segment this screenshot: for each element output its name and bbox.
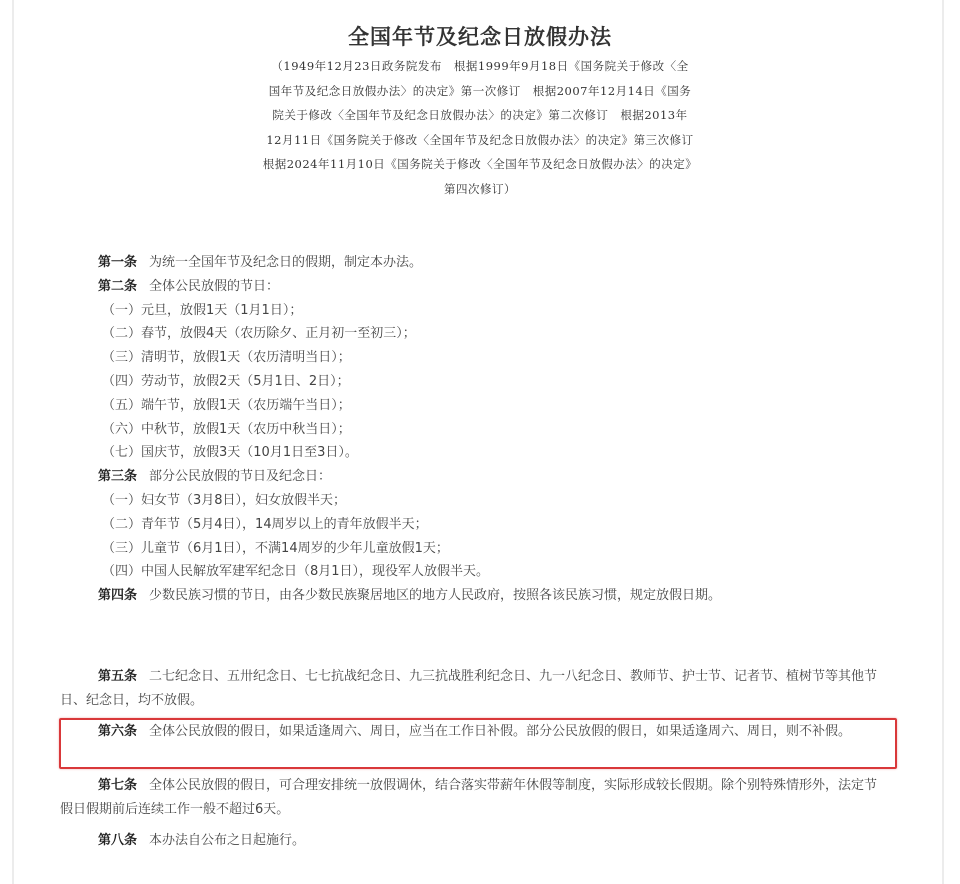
article-text: 二七纪念日、五卅纪念日、七七抗战纪念日、九三抗战胜利纪念日、九一八纪念日、教师节…: [60, 669, 877, 708]
article-label: 第五条: [98, 669, 137, 684]
document-body: 第一条为统一全国年节及纪念日的假期，制定本办法。 第二条全体公民放假的节日： （…: [70, 251, 890, 608]
article-8-paragraph: 第八条本办法自公布之日起施行。: [60, 829, 890, 853]
article-1: 第一条为统一全国年节及纪念日的假期，制定本办法。: [70, 251, 890, 275]
list-item: （三）儿童节（6月1日），不满14周岁的少年儿童放假1天；: [70, 537, 890, 561]
preamble-line: 根据2024年11月10日《国务院关于修改〈全国年节及纪念日放假办法〉的决定》: [230, 152, 730, 177]
preamble-line: （1949年12月23日政务院发布 根据1999年9月18日《国务院关于修改〈全: [230, 54, 730, 79]
list-item: （三）清明节，放假1天（农历清明当日）；: [70, 346, 890, 370]
document-title: 全国年节及纪念日放假办法: [0, 22, 960, 52]
list-item: （四）中国人民解放军建军纪念日（8月1日），现役军人放假半天。: [70, 560, 890, 584]
preamble-line: 12月11日《国务院关于修改〈全国年节及纪念日放假办法〉的决定》第三次修订: [230, 128, 730, 153]
article-2: 第二条全体公民放假的节日：: [70, 275, 890, 299]
article-label: 第七条: [98, 778, 137, 793]
article-4: 第四条少数民族习惯的节日，由各少数民族聚居地区的地方人民政府，按照各该民族习惯，…: [70, 584, 890, 608]
article-5: 第五条二七纪念日、五卅纪念日、七七抗战纪念日、九三抗战胜利纪念日、九一八纪念日、…: [60, 665, 890, 713]
article-text: 全体公民放假的假日，可合理安排统一放假调休，结合落实带薪年休假等制度，实际形成较…: [60, 778, 877, 817]
article-label: 第二条: [98, 279, 137, 294]
article-7-paragraph: 第七条全体公民放假的假日，可合理安排统一放假调休，结合落实带薪年休假等制度，实际…: [60, 774, 890, 822]
article-text: 部分公民放假的节日及纪念日：: [149, 469, 331, 484]
article-3: 第三条部分公民放假的节日及纪念日：: [70, 465, 890, 489]
article-text: 本办法自公布之日起施行。: [149, 833, 305, 848]
list-item: （五）端午节，放假1天（农历端午当日）；: [70, 394, 890, 418]
article-5-paragraph: 第五条二七纪念日、五卅纪念日、七七抗战纪念日、九三抗战胜利纪念日、九一八纪念日、…: [60, 665, 890, 713]
article-label: 第一条: [98, 255, 137, 270]
article-label: 第六条: [98, 724, 137, 739]
article-label: 第四条: [98, 588, 137, 603]
preamble-line: 院关于修改〈全国年节及纪念日放假办法〉的决定》第二次修订 根据2013年: [230, 103, 730, 128]
preamble-line: 第四次修订）: [230, 177, 730, 202]
list-item: （二）春节，放假4天（农历除夕、正月初一至初三）；: [70, 322, 890, 346]
article-text: 全体公民放假的节日：: [149, 279, 279, 294]
list-item: （一）元旦，放假1天（1月1日）；: [70, 299, 890, 323]
article-6: 第六条全体公民放假的假日，如果适逢周六、周日，应当在工作日补假。部分公民放假的假…: [60, 720, 890, 744]
article-7: 第七条全体公民放假的假日，可合理安排统一放假调休，结合落实带薪年休假等制度，实际…: [60, 774, 890, 822]
list-item: （一）妇女节（3月8日），妇女放假半天；: [70, 489, 890, 513]
document-preamble: （1949年12月23日政务院发布 根据1999年9月18日《国务院关于修改〈全…: [230, 54, 730, 201]
article-label: 第八条: [98, 833, 137, 848]
preamble-line: 国年节及纪念日放假办法〉的决定》第一次修订 根据2007年12月14日《国务: [230, 79, 730, 104]
article-text: 为统一全国年节及纪念日的假期，制定本办法。: [149, 255, 422, 270]
list-item: （六）中秋节，放假1天（农历中秋当日）；: [70, 418, 890, 442]
article-6-paragraph: 第六条全体公民放假的假日，如果适逢周六、周日，应当在工作日补假。部分公民放假的假…: [60, 720, 890, 744]
article-8: 第八条本办法自公布之日起施行。: [60, 829, 890, 853]
article-label: 第三条: [98, 469, 137, 484]
list-item: （四）劳动节，放假2天（5月1日、2日）；: [70, 370, 890, 394]
list-item: （二）青年节（5月4日），14周岁以上的青年放假半天；: [70, 513, 890, 537]
list-item: （七）国庆节，放假3天（10月1日至3日）。: [70, 441, 890, 465]
article-text: 全体公民放假的假日，如果适逢周六、周日，应当在工作日补假。部分公民放假的假日，如…: [149, 724, 851, 739]
article-text: 少数民族习惯的节日，由各少数民族聚居地区的地方人民政府，按照各该民族习惯，规定放…: [149, 588, 721, 603]
